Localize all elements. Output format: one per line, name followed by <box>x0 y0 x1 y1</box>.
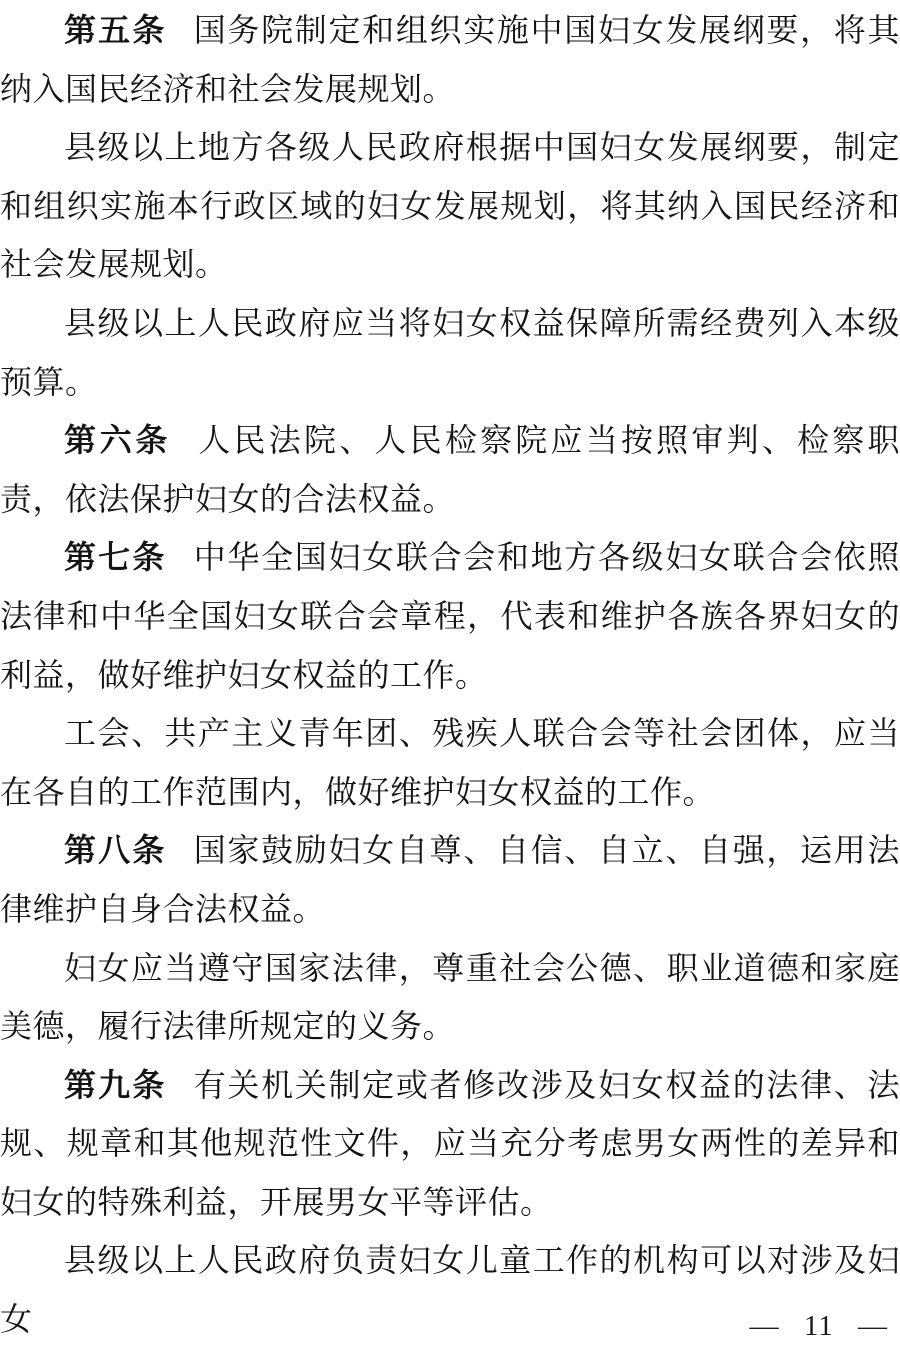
article-label: 第七条 <box>64 539 167 575</box>
paragraph-text: 县级以上地方各级人民政府根据中国妇女发展纲要，制定和组织实施本行政区域的妇女发展… <box>0 129 900 282</box>
paragraph: 工会、共产主义青年团、残疾人联合会等社会团体，应当在各自的工作范围内，做好维护妇… <box>0 704 900 821</box>
document-body: 第五条国务院制定和组织实施中国妇女发展纲要，将其纳入国民经济和社会发展规划。 县… <box>0 0 900 1349</box>
document-page: 第五条国务院制定和组织实施中国妇女发展纲要，将其纳入国民经济和社会发展规划。 县… <box>0 0 900 1352</box>
paragraph: 第九条有关机关制定或者修改涉及妇女权益的法律、法规、规章和其他规范性文件，应当充… <box>0 1056 900 1232</box>
paragraph: 第六条人民法院、人民检察院应当按照审判、检察职责，依法保护妇女的合法权益。 <box>0 411 900 528</box>
paragraph: 县级以上地方各级人民政府根据中国妇女发展纲要，制定和组织实施本行政区域的妇女发展… <box>0 118 900 294</box>
article-label: 第六条 <box>64 422 171 458</box>
paragraph-text: 工会、共产主义青年团、残疾人联合会等社会团体，应当在各自的工作范围内，做好维护妇… <box>0 715 900 810</box>
article-label: 第五条 <box>64 12 167 48</box>
paragraph: 妇女应当遵守国家法律，尊重社会公德、职业道德和家庭美德，履行法律所规定的义务。 <box>0 939 900 1056</box>
paragraph: 第五条国务院制定和组织实施中国妇女发展纲要，将其纳入国民经济和社会发展规划。 <box>0 1 900 118</box>
paragraph: 第七条中华全国妇女联合会和地方各级妇女联合会依照法律和中华全国妇女联合会章程，代… <box>0 528 900 704</box>
paragraph-text: 妇女应当遵守国家法律，尊重社会公德、职业道德和家庭美德，履行法律所规定的义务。 <box>0 950 900 1045</box>
paragraph: 第八条国家鼓励妇女自尊、自信、自立、自强，运用法律维护自身合法权益。 <box>0 821 900 938</box>
paragraph: 县级以上人民政府应当将妇女权益保障所需经费列入本级预算。 <box>0 294 900 411</box>
page-number: — 11 — <box>750 1306 888 1346</box>
article-label: 第九条 <box>64 1067 167 1103</box>
article-label: 第八条 <box>64 832 167 868</box>
paragraph-text: 县级以上人民政府应当将妇女权益保障所需经费列入本级预算。 <box>0 305 900 400</box>
